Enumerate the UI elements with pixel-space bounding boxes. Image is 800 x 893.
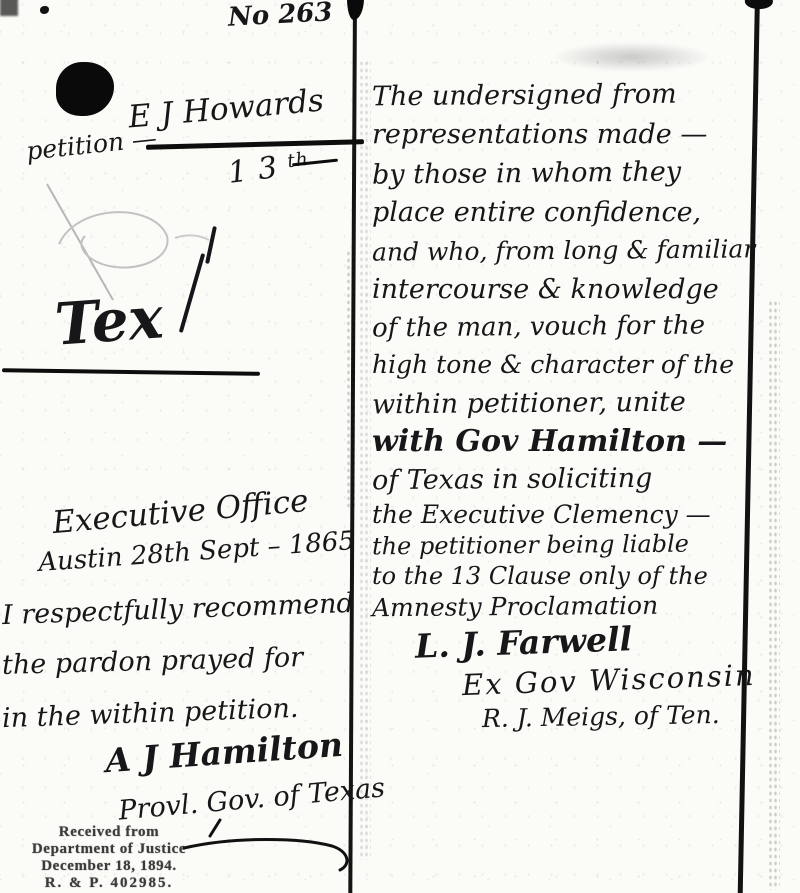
fold-speckle bbox=[359, 60, 371, 860]
page-right-edge bbox=[738, 0, 760, 893]
petition-line: intercourse & knowledge bbox=[372, 276, 719, 303]
recommendation-line: in the within petition. bbox=[2, 695, 299, 732]
recommendation-line: the pardon prayed for bbox=[2, 644, 304, 679]
ordinal-suffix: th bbox=[286, 149, 310, 172]
fold-speckle bbox=[346, 250, 355, 510]
petition-line: the petitioner being liable bbox=[372, 532, 689, 559]
endorsement-name-underline bbox=[146, 139, 364, 150]
signature-flourish bbox=[182, 834, 402, 879]
petition-line: with Gov Hamilton — bbox=[372, 427, 727, 457]
governor-signature: A J Hamilton bbox=[104, 728, 344, 778]
endorsement-name: E J Howards bbox=[127, 86, 325, 134]
petition-line: of the man, vouch for the bbox=[372, 313, 705, 342]
petition-line: the Executive Clemency — bbox=[372, 502, 711, 527]
petition-line: The undersigned from bbox=[372, 81, 677, 111]
signature-farwell-title: Ex Gov Wisconsin bbox=[462, 661, 756, 700]
edge-speckle bbox=[768, 300, 780, 890]
petition-line: and who, from long & familiar bbox=[372, 236, 756, 264]
petition-line: Amnesty Proclamation bbox=[372, 593, 658, 620]
petition-line: by those in whom they bbox=[372, 158, 681, 188]
docket-number: No 263 bbox=[227, 0, 333, 31]
ink-blot bbox=[56, 62, 114, 116]
recommendation-line: I respectfully recommend bbox=[2, 590, 355, 629]
petition-line: within petitioner, unite bbox=[372, 389, 686, 419]
petition-line: place entire confidence, bbox=[372, 199, 701, 226]
petition-line: high tone & character of the bbox=[372, 352, 734, 377]
signature-farwell: L. J. Farwell bbox=[414, 622, 632, 663]
governor-title: Provl. Gov. of Texas bbox=[117, 774, 386, 824]
state-underline bbox=[2, 368, 260, 376]
petition-line: to the 13 Clause only of the bbox=[372, 564, 708, 588]
corner-mark bbox=[0, 0, 18, 16]
state-abbreviation: Tex bbox=[53, 288, 165, 353]
ink-speck bbox=[40, 6, 49, 14]
endorsement-word: petition — bbox=[25, 125, 158, 164]
document-scan: No 263 E J Howards petition — 13th Tex E… bbox=[0, 0, 800, 893]
smudge bbox=[552, 42, 712, 72]
signature-meigs: R. J. Meigs, of Ten. bbox=[482, 702, 720, 731]
petition-line: representations made — bbox=[372, 121, 707, 148]
petition-line: of Texas in soliciting bbox=[372, 465, 653, 494]
